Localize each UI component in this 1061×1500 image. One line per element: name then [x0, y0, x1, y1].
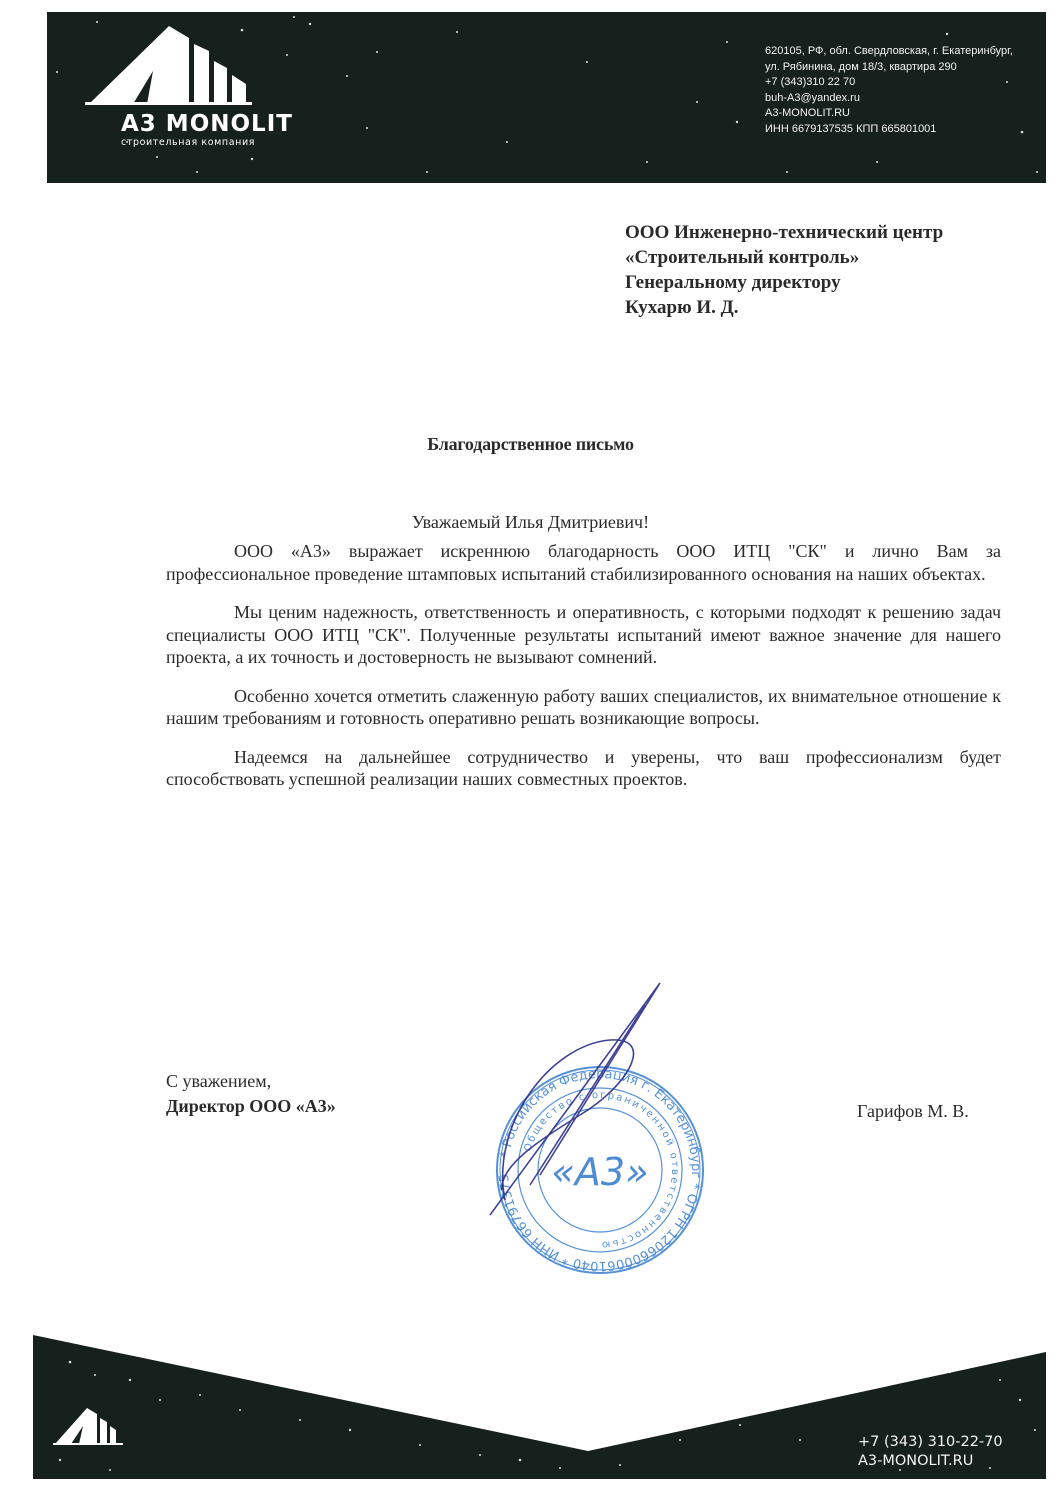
footer-phone: +7 (343) 310-22-70 — [858, 1433, 1003, 1452]
signer-name: Гарифов М. В. — [857, 1101, 969, 1122]
company-stamp-with-signature: * Российская Федерация г. Екатеринбург *… — [470, 965, 730, 1275]
closing-phrase: С уважением, — [166, 1069, 336, 1094]
paragraph: Особенно хочется отметить слаженную рабо… — [166, 685, 1001, 730]
letterhead-header: A3 MONOLIT строительная компания 620105,… — [47, 12, 1046, 183]
signer-position: Директор ООО «А3» — [166, 1094, 336, 1119]
salutation: Уважаемый Илья Дмитриевич! — [0, 512, 1061, 533]
closing-block: С уважением, Директор ООО «А3» — [166, 1069, 336, 1119]
stamp-center-text: «А3» — [551, 1150, 648, 1194]
addressee-line: ООО Инженерно-технический центр — [625, 220, 943, 245]
website: A3-MONOLIT.RU — [765, 106, 1013, 122]
address-line-1: 620105, РФ, обл. Свердловская, г. Екатер… — [765, 44, 1013, 60]
paragraph: Надеемся на дальнейшее сотрудничество и … — [166, 746, 1001, 791]
phone: +7 (343)310 22 70 — [765, 75, 1013, 91]
header-contacts: 620105, РФ, обл. Свердловская, г. Екатер… — [765, 44, 1013, 137]
addressee-block: ООО Инженерно-технический центр «Строите… — [625, 220, 943, 320]
company-name: A3 MONOLIT — [121, 111, 293, 137]
company-logo: A3 MONOLIT строительная компания — [81, 16, 281, 156]
addressee-line: Кухарю И. Д. — [625, 295, 943, 320]
footer-website: A3-MONOLIT.RU — [858, 1452, 1003, 1471]
svg-text:* Российская Федерация г. Екат: * Российская Федерация г. Екатеринбург *… — [470, 965, 703, 1273]
letter-body: ООО «А3» выражает искреннюю благодарност… — [166, 540, 1001, 807]
addressee-line: «Строительный контроль» — [625, 245, 943, 270]
document-title: Благодарственное письмо — [0, 434, 1061, 455]
email: buh-A3@yandex.ru — [765, 91, 1013, 107]
building-logo-icon — [45, 1400, 125, 1450]
paragraph: ООО «А3» выражает искреннюю благодарност… — [166, 540, 1001, 585]
paragraph: Мы ценим надежность, ответственность и о… — [166, 601, 1001, 669]
address-line-2: ул. Рябинина, дом 18/3, квартира 290 — [765, 60, 1013, 76]
addressee-line: Генеральному директору — [625, 270, 943, 295]
footer-contacts: +7 (343) 310-22-70 A3-MONOLIT.RU — [858, 1433, 1003, 1471]
company-tagline: строительная компания — [121, 137, 255, 148]
building-logo-icon — [81, 16, 281, 108]
tax-ids: ИНН 6679137535 КПП 665801001 — [765, 122, 1013, 138]
